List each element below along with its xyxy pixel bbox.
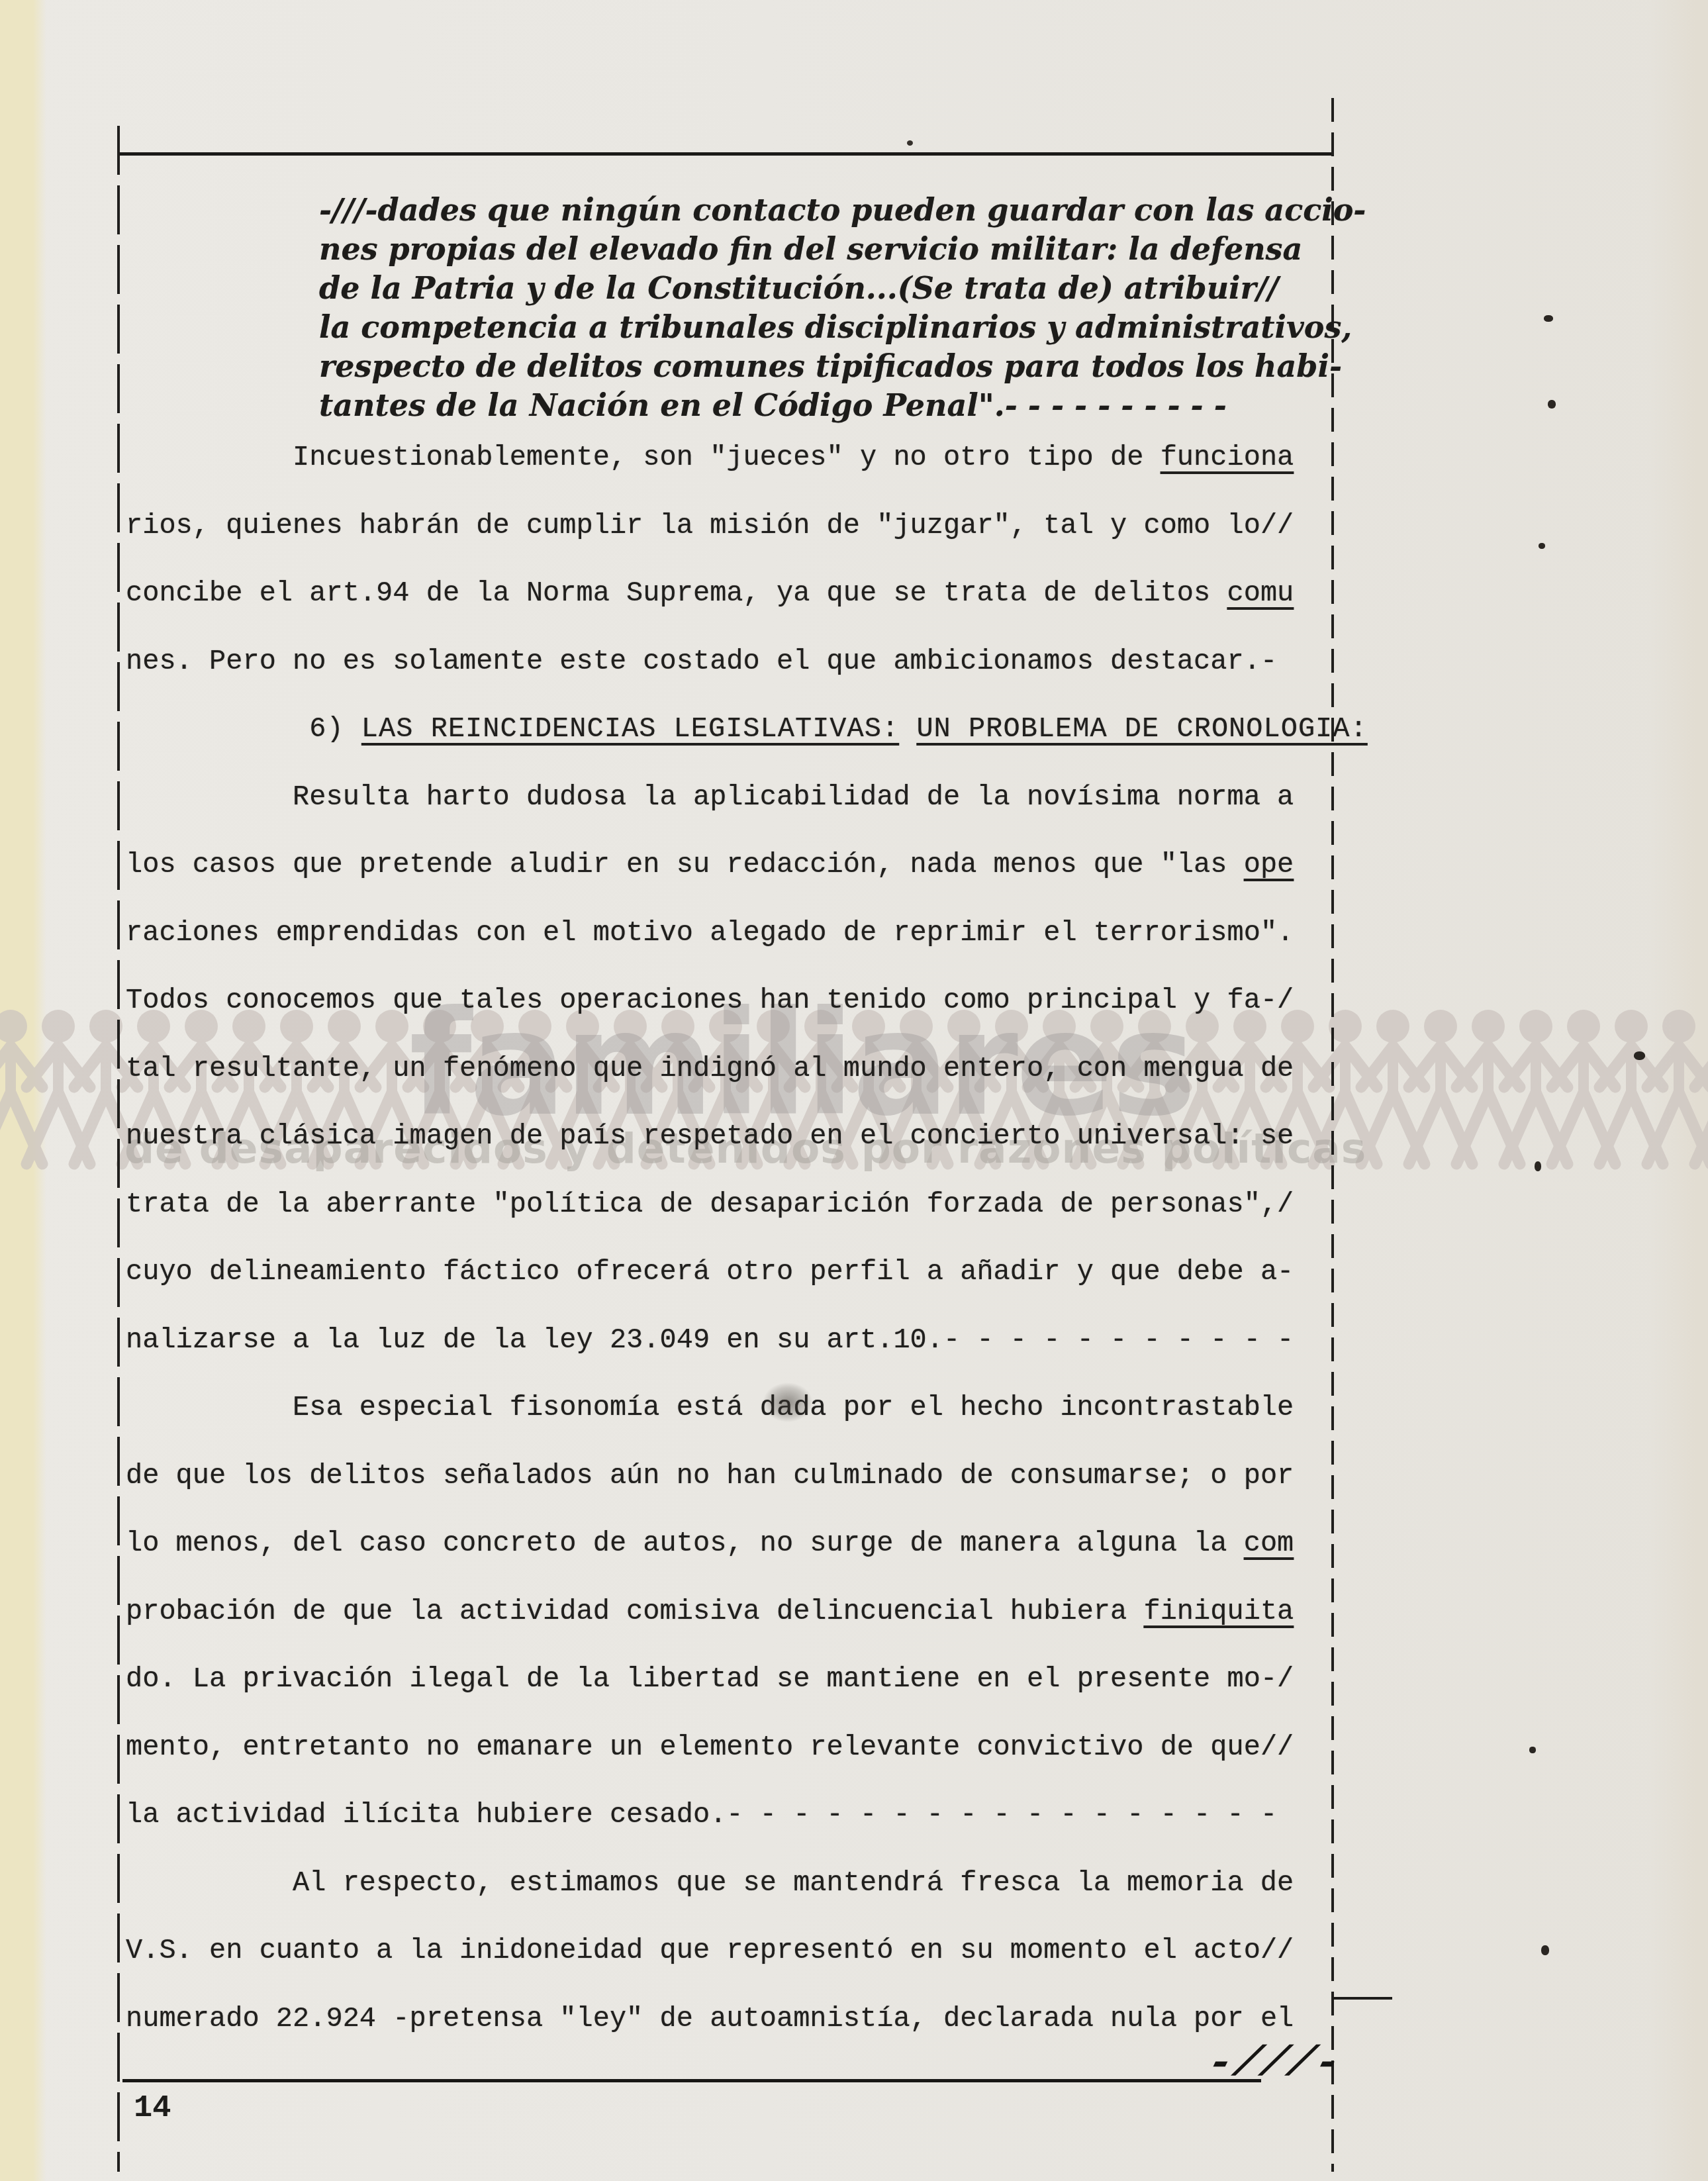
body-text: Incuestionablemente, son "jueces" y no o… [126,424,1337,2053]
document-line: cuyo delineamiento fáctico ofrecerá otro… [126,1238,1337,1306]
document-line: nuestra clásica imagen de país respetado… [126,1102,1337,1171]
document-line: concibe el art.94 de la Norma Suprema, y… [126,559,1337,628]
document-line: trata de la aberrante "política de desap… [126,1171,1337,1239]
quote-line: nes propias del elevado fin del servicio… [319,230,1332,269]
ink-speck [1544,315,1553,322]
document-line: numerado 22.924 -pretensa "ley" de autoa… [126,1985,1337,2053]
document-line: rios, quienes habrán de cumplir la misió… [126,492,1337,560]
document-line: Todos conocemos que tales operaciones ha… [126,967,1337,1035]
ink-speck [1634,1051,1645,1060]
ink-speck [1539,543,1545,549]
ink-speck [907,140,913,146]
document-line: lo menos, del caso concreto de autos, no… [126,1510,1337,1578]
quote-line: -///-dades que ningún contacto pueden gu… [319,191,1332,230]
ink-speck [1535,1161,1541,1171]
document-line: do. La privación ilegal de la libertad s… [126,1645,1337,1714]
page-number: 14 [134,2091,171,2126]
quote-line: la competencia a tribunales disciplinari… [319,308,1332,347]
text-end-rule [122,2079,1261,2082]
document-line: Resulta harto dudosa la aplicabilidad de… [126,763,1337,832]
ink-speck [1541,1945,1549,1955]
section-heading: 6) LAS REINCIDENCIAS LEGISLATIVAS: UN PR… [126,695,1337,763]
document-line: Al respecto, estimamos que se mantendrá … [126,1849,1337,1917]
document-line: Esa especial fisonomía está dada por el … [126,1374,1337,1442]
scan-edge-right [1648,0,1708,2181]
quote-line: de la Patria y de la Constitución...(Se … [319,269,1332,308]
quote-block: -///-dades que ningún contacto pueden gu… [319,191,1332,425]
ink-speck [1529,1747,1536,1753]
quote-line: tantes de la Nación en el Código Penal".… [319,386,1332,425]
document-line: nalizarse a la luz de la ley 23.049 en s… [126,1306,1337,1375]
document-line: la actividad ilícita hubiere cesado.- - … [126,1781,1337,1849]
frame-border-left [117,126,120,2172]
document-line: V.S. en cuanto a la inidoneidad que repr… [126,1917,1337,1985]
scan-edge-left [0,0,46,2181]
continuation-mark: -///- [1201,2041,1349,2088]
document-line: probación de que la actividad comisiva d… [126,1578,1337,1646]
document-line: raciones emprendidas con el motivo alega… [126,899,1337,967]
ink-smudge [755,1376,821,1429]
quote-line: respecto de delitos comunes tipificados … [319,347,1332,386]
margin-tick [1333,1997,1392,2000]
document-line: mento, entretanto no emanare un elemento… [126,1714,1337,1782]
scanned-document-page: familiares de desaparecidos y detenidos … [0,0,1708,2181]
frame-border-top [119,152,1333,156]
document-line: nes. Pero no es solamente este costado e… [126,628,1337,696]
document-line: de que los delitos señalados aún no han … [126,1442,1337,1510]
document-line: los casos que pretende aludir en su reda… [126,831,1337,899]
document-line: tal resultante, un fenómeno que indignó … [126,1035,1337,1103]
ink-speck [1548,400,1556,409]
document-line: Incuestionablemente, son "jueces" y no o… [126,424,1337,492]
